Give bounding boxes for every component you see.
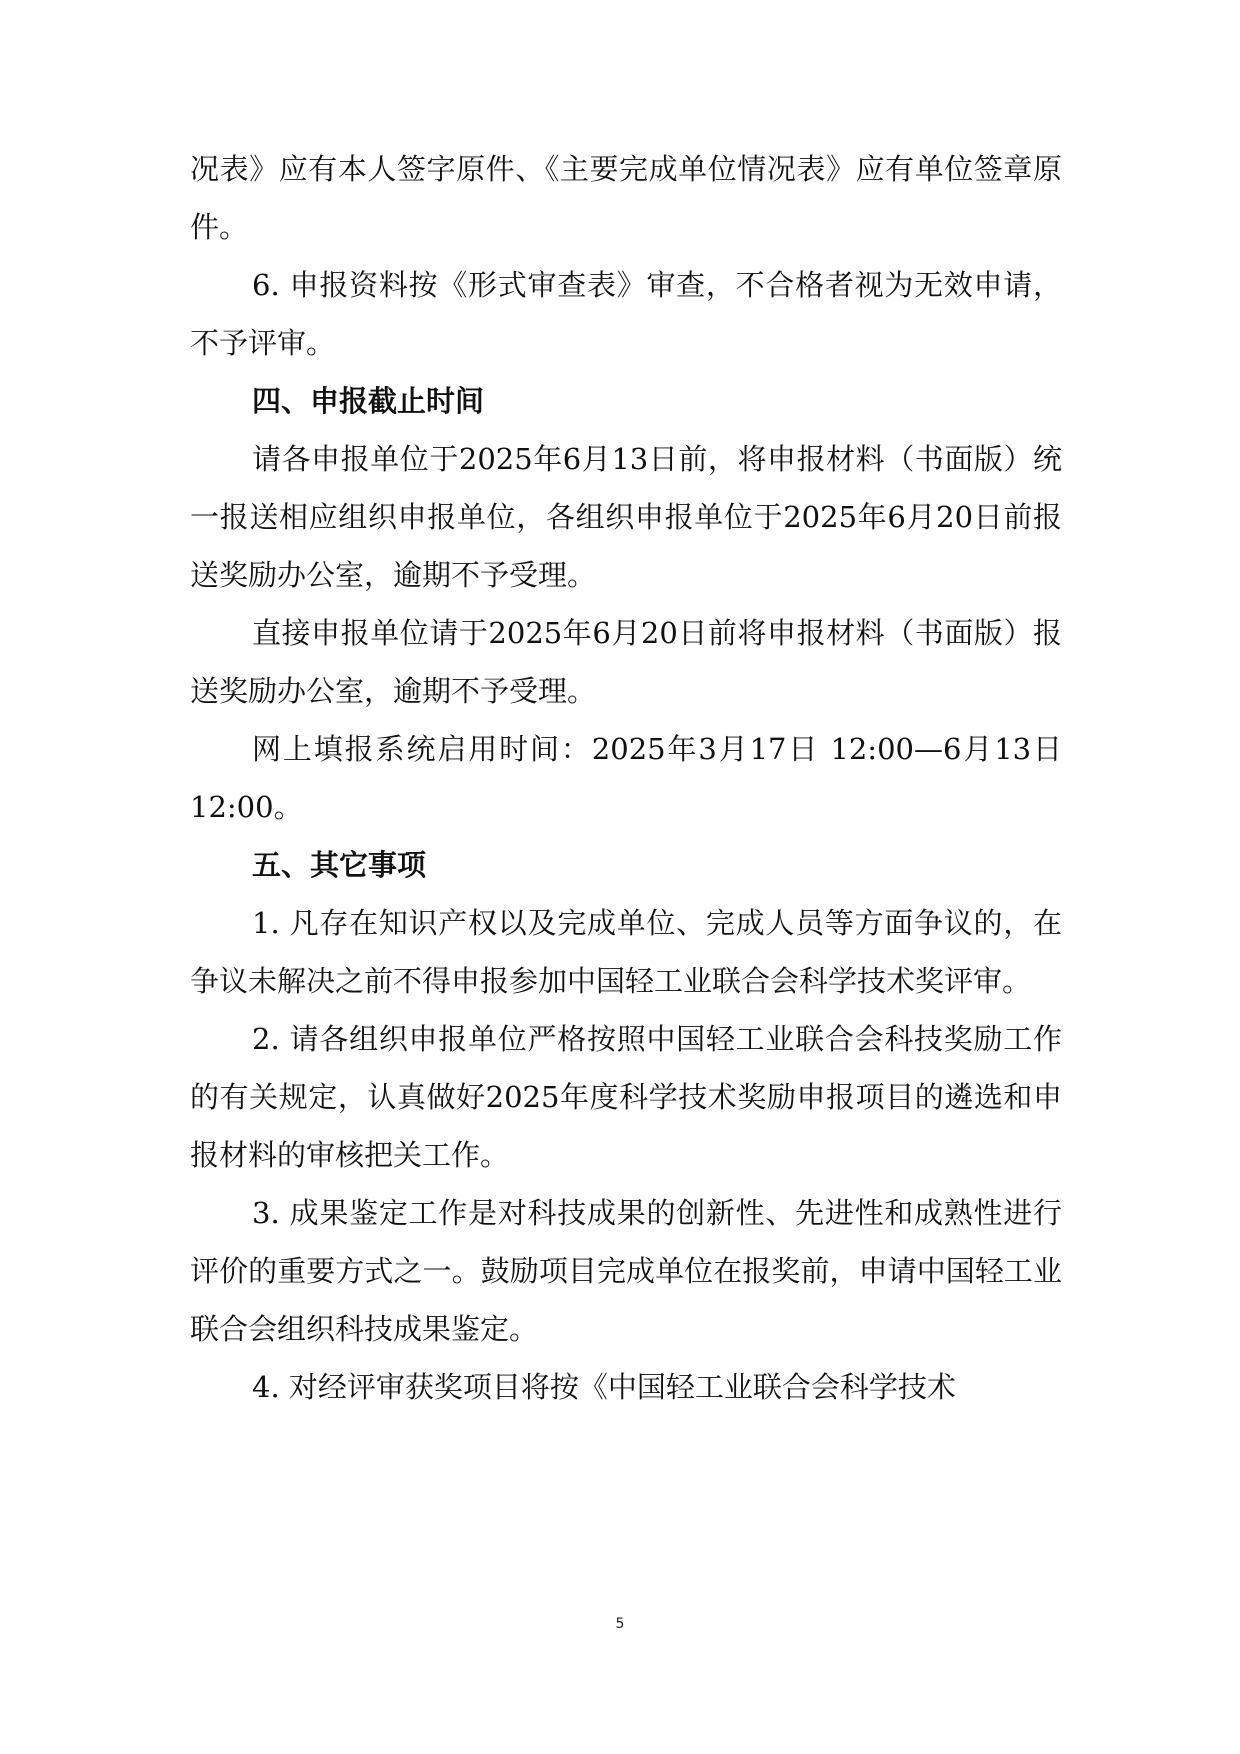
section-heading-deadline: 四、申报截止时间 — [190, 372, 1062, 430]
section-heading-other-matters: 五、其它事项 — [190, 836, 1062, 894]
paragraph-deadline-direct: 直接申报单位请于2025年6月20日前将申报材料（书面版）报送奖励办公室，逾期不… — [190, 604, 1062, 720]
paragraph-deadline-organized: 请各申报单位于2025年6月13日前，将申报材料（书面版）统一报送相应组织申报单… — [190, 430, 1062, 604]
paragraph-online-system-time: 网上填报系统启用时间：2025年3月17日 12:00—6月13日 12:00。 — [190, 720, 1062, 836]
paragraph-item-1: 1. 凡存在知识产权以及完成单位、完成人员等方面争议的，在争议未解决之前不得申报… — [190, 894, 1062, 1010]
page-number: 5 — [0, 1616, 1240, 1632]
paragraph-item-4: 4. 对经评审获奖项目将按《中国轻工业联合会科学技术 — [190, 1358, 1062, 1416]
paragraph-item-3: 3. 成果鉴定工作是对科技成果的创新性、先进性和成熟性进行评价的重要方式之一。鼓… — [190, 1184, 1062, 1358]
paragraph-item-2: 2. 请各组织申报单位严格按照中国轻工业联合会科技奖励工作的有关规定，认真做好2… — [190, 1010, 1062, 1184]
paragraph-item-6: 6. 申报资料按《形式审查表》审查，不合格者视为无效申请，不予评审。 — [190, 256, 1062, 372]
document-page-body: 况表》应有本人签字原件、《主要完成单位情况表》应有单位签章原件。 6. 申报资料… — [190, 140, 1062, 1416]
paragraph-continuation: 况表》应有本人签字原件、《主要完成单位情况表》应有单位签章原件。 — [190, 140, 1062, 256]
